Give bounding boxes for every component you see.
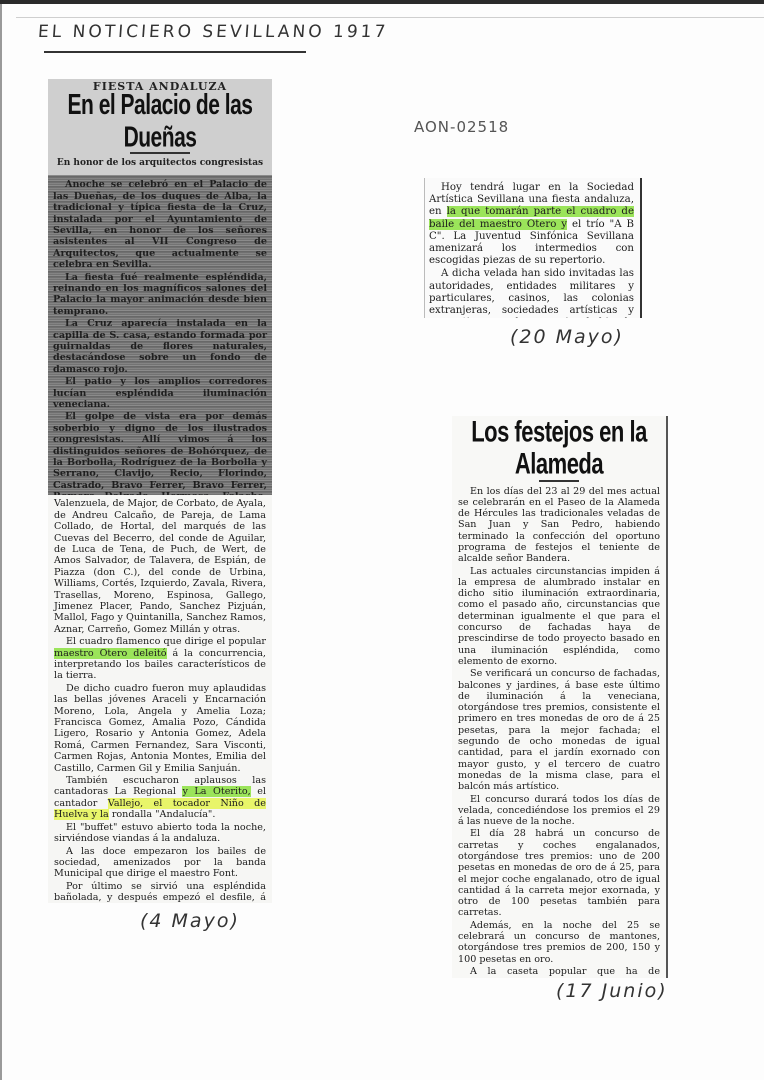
handwritten-date: (17 Junio) [556, 980, 668, 1002]
clipping-title: Los festejos en la Alameda [458, 416, 660, 480]
highlight-green: y La Oterito, [182, 786, 250, 797]
paragraph: El día 28 habrá un concurso de carretas … [458, 828, 660, 918]
clipping-body: Valenzuela, de Major, de Corbato, de Aya… [48, 495, 272, 903]
clipping-subtitle: En honor de los arquitectos congresistas [52, 158, 268, 169]
paragraph: A las doce empezaron los bailes de socie… [54, 846, 266, 880]
paragraph: En los días del 23 al 29 del mes actual … [458, 486, 660, 565]
paragraph: Además, en la noche del 25 se celebrará … [458, 920, 660, 965]
clipping-title: En el Palacio de las Dueñas [52, 90, 268, 155]
paragraph: Valenzuela, de Major, de Corbato, de Aya… [54, 498, 266, 635]
paragraph: El patio y los amplios corredores lucían… [53, 376, 267, 410]
paragraph-caseta: A la caseta popular que ha de instalarse… [458, 966, 660, 978]
text: A la caseta popular que ha de instalarse… [458, 966, 660, 978]
scan-border-line [16, 17, 764, 18]
archive-id: AON-02518 [414, 118, 509, 136]
paragraph: La fiesta fué realmente espléndida, rein… [53, 272, 267, 318]
clipping-festejos-alameda: Los festejos en la Alameda En los días d… [452, 416, 668, 978]
paragraph: De dicho cuadro fueron muy aplaudidas la… [54, 683, 266, 774]
scan-top-edge [0, 0, 764, 4]
paragraph: Se verificará un concurso de fachadas, b… [458, 668, 660, 792]
paragraph: A dicha velada han sido invitadas las au… [429, 268, 634, 318]
scan-left-edge [0, 4, 2, 1080]
text: rondalla "Andalucía". [112, 809, 216, 820]
highlight-green: maestro Otero deleitó [54, 648, 167, 659]
clipping-header: FIESTA ANDALUZA En el Palacio de las Due… [48, 79, 272, 175]
paragraph: Anoche se celebró en el Palacio de las D… [53, 179, 267, 270]
paragraph-singers: También escucharon aplausos las cantador… [54, 775, 266, 821]
paragraph: Las actuales circunstancias impiden á la… [458, 566, 660, 668]
paragraph: El concurso durará todos los días de vel… [458, 794, 660, 828]
clipping-sociedad-artistica: Hoy tendrá lugar en la Sociedad Artístic… [424, 178, 642, 318]
text: El cuadro flamenco que dirige el popular [66, 636, 266, 647]
paragraph-flamenco: El cuadro flamenco que dirige el popular… [54, 636, 266, 682]
paragraph: La Cruz aparecía instalada en la capilla… [53, 318, 267, 375]
paragraph: Hoy tendrá lugar en la Sociedad Artístic… [429, 182, 634, 267]
handwritten-date: (20 Mayo) [510, 326, 624, 348]
paragraph: El "buffet" estuvo abierto toda la noche… [54, 822, 266, 845]
handwritten-title: EL NOTICIERO SEVILLANO 1917 [37, 22, 389, 42]
paragraph: Por último se sirvió una espléndida baño… [54, 881, 266, 903]
handwritten-date: (4 Mayo) [140, 910, 240, 932]
paragraph: El golpe de vista era por demás soberbio… [53, 411, 267, 495]
clipping-palacio-duenas: FIESTA ANDALUZA En el Palacio de las Due… [48, 79, 272, 903]
title-underline [44, 51, 306, 53]
degraded-text-block: Anoche se celebró en el Palacio de las D… [48, 175, 272, 495]
